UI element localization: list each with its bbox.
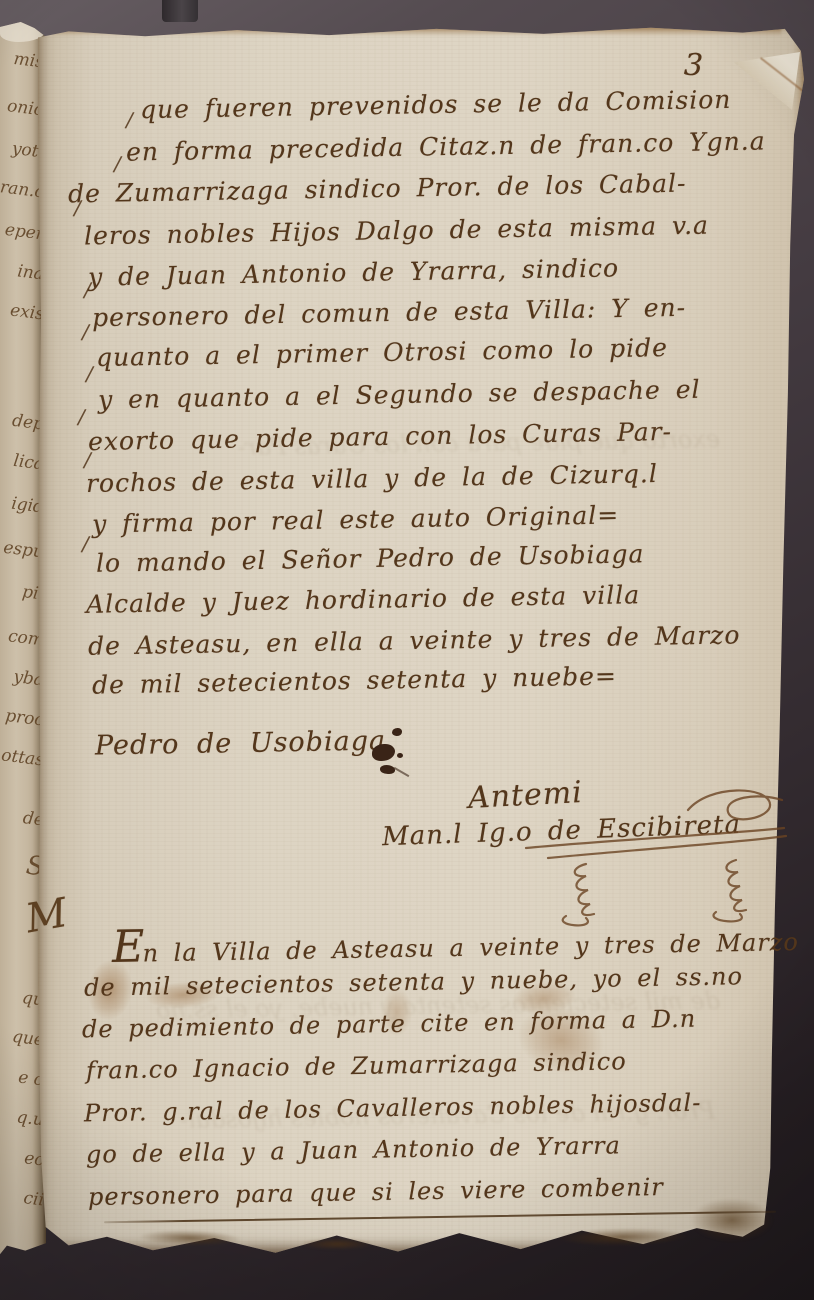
bottom-edge-tear	[138, 1229, 242, 1248]
gutter-text-fragment: de	[0, 805, 46, 830]
gutter-text-fragment: e o	[0, 1065, 46, 1090]
bottom-edge-tear	[556, 1227, 690, 1247]
gutter-text-fragment: ottas	[0, 745, 46, 770]
folio-number: 3	[683, 48, 703, 84]
archive-photo-background: mis onio yot. ran.co eper ina exis dep l…	[0, 0, 814, 1300]
gutter-text-fragment: yba	[0, 665, 46, 690]
margin-mark: M	[22, 890, 71, 943]
gutter-text-fragment: ina	[0, 259, 46, 284]
gutter-text-fragment: q.u	[0, 1105, 46, 1130]
gutter-text-fragment: cii	[0, 1185, 46, 1210]
bottom-edge-tear	[300, 1238, 374, 1250]
alcalde-signature: Pedro de Usobiaga	[95, 725, 387, 761]
rubric-flourish	[520, 772, 790, 922]
bottom-corner-tear	[690, 1198, 774, 1242]
book-cradle-clamp	[162, 0, 198, 22]
gutter-text-fragment: exis	[0, 299, 46, 324]
gutter-text-fragment: dep	[0, 409, 46, 434]
gutter-text-fragment: proc	[0, 705, 46, 730]
gutter-text-fragment: S	[0, 847, 46, 882]
gutter-text-fragment: ec	[0, 1145, 46, 1170]
gutter-text-fragment: eper	[0, 219, 46, 244]
ink-blot-cluster	[366, 724, 418, 786]
top-edge-stain	[53, 25, 781, 36]
